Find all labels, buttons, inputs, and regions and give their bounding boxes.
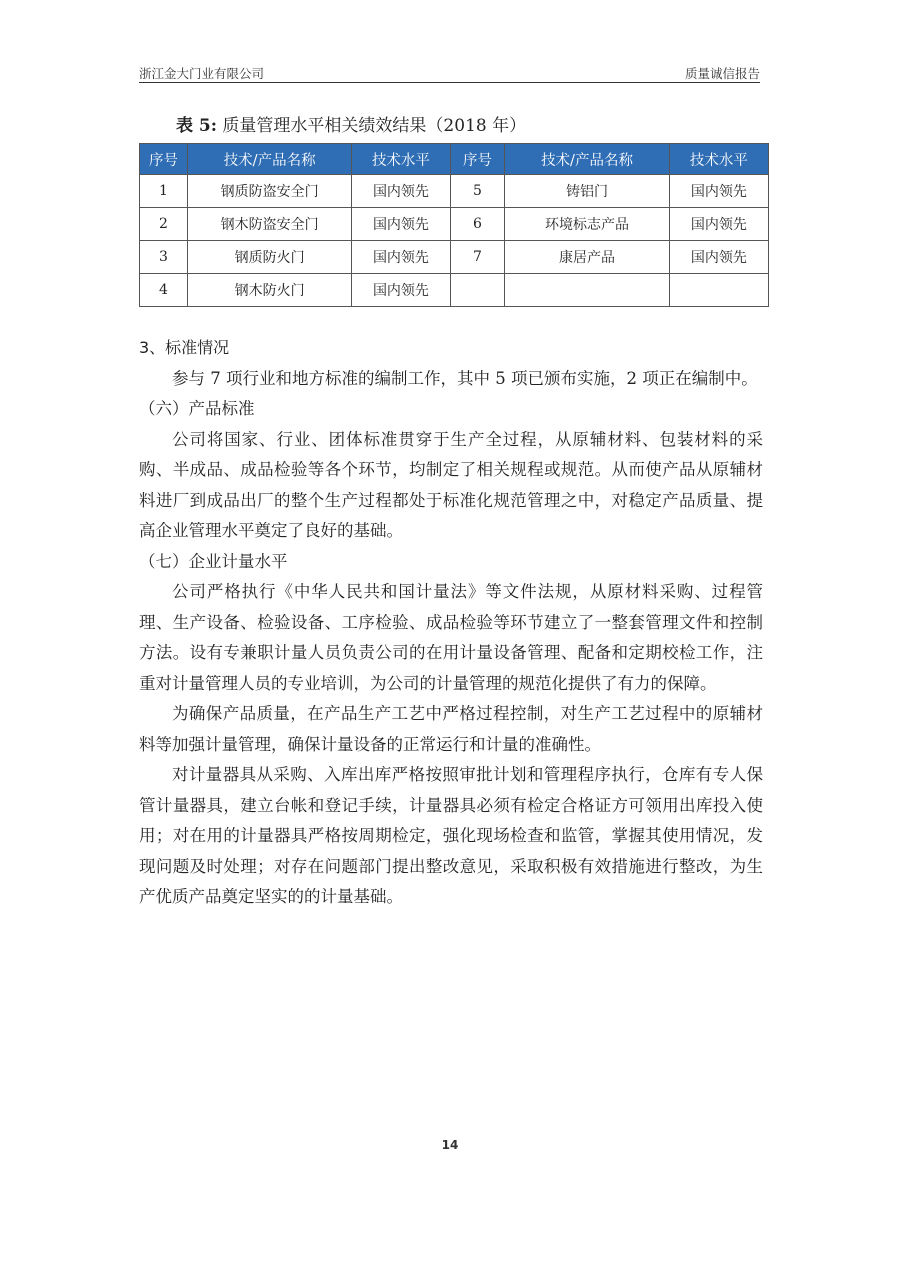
column-header: 序号 [140,144,188,175]
table-cell: 国内领先 [669,208,768,241]
table-caption-label: 表 5: [176,116,217,136]
column-header: 序号 [450,144,505,175]
table-cell: 国内领先 [352,241,450,274]
paragraph-measurement-2: 为确保产品质量，在产品生产工艺中严格过程控制，对生产工艺过程中的原辅材料等加强计… [139,699,763,760]
paragraph-standards: 参与 7 项行业和地方标准的编制工作，其中 5 项已颁布实施，2 项正在编制中。 [139,364,763,395]
table-row: 3 钢质防火门 国内领先 7 康居产品 国内领先 [140,241,769,274]
section-heading-measurement: （七）企业计量水平 [139,547,763,578]
table-row: 1 钢质防盗安全门 国内领先 5 铸铝门 国内领先 [140,175,769,208]
table-cell [669,274,768,307]
paragraph-measurement-3: 对计量器具从采购、入库出库严格按照审批计划和管理程序执行，仓库有专人保管计量器具… [139,760,763,913]
table-cell: 康居产品 [505,241,669,274]
table-cell: 钢质防火门 [187,241,351,274]
report-title: 质量诚信报告 [685,64,760,82]
section-heading-standards: 3、标准情况 [139,333,763,364]
table-cell: 1 [140,175,188,208]
table-cell: 5 [450,175,505,208]
table-caption-text: 质量管理水平相关绩效结果（2018 年） [217,116,526,136]
table-cell: 钢木防盗安全门 [187,208,351,241]
page-number: 14 [0,1138,900,1152]
table-cell: 6 [450,208,505,241]
table-cell: 钢木防火门 [187,274,351,307]
table-cell: 国内领先 [669,241,768,274]
table-cell: 7 [450,241,505,274]
column-header: 技术水平 [352,144,450,175]
column-header: 技术/产品名称 [187,144,351,175]
paragraph-product-standards: 公司将国家、行业、团体标准贯穿于生产全过程，从原辅材料、包装材料的采购、半成品、… [139,425,763,547]
table-cell: 国内领先 [669,175,768,208]
table-cell: 国内领先 [352,274,450,307]
table-cell: 国内领先 [352,175,450,208]
table-cell: 环境标志产品 [505,208,669,241]
table-row: 4 钢木防火门 国内领先 [140,274,769,307]
table-cell: 钢质防盗安全门 [187,175,351,208]
table-header-row: 序号 技术/产品名称 技术水平 序号 技术/产品名称 技术水平 [140,144,769,175]
table-caption: 表 5: 质量管理水平相关绩效结果（2018 年） [176,111,526,136]
table-cell: 2 [140,208,188,241]
page-header: 浙江金大门业有限公司 质量诚信报告 [139,62,760,83]
company-name: 浙江金大门业有限公司 [139,64,264,82]
table-row: 2 钢木防盗安全门 国内领先 6 环境标志产品 国内领先 [140,208,769,241]
column-header: 技术/产品名称 [505,144,669,175]
column-header: 技术水平 [669,144,768,175]
table-cell [450,274,505,307]
table-cell: 3 [140,241,188,274]
table-cell: 铸铝门 [505,175,669,208]
table-cell: 4 [140,274,188,307]
table-cell: 国内领先 [352,208,450,241]
section-heading-product-standards: （六）产品标准 [139,394,763,425]
performance-table: 序号 技术/产品名称 技术水平 序号 技术/产品名称 技术水平 1 钢质防盗安全… [139,143,769,307]
body-text: 3、标准情况 参与 7 项行业和地方标准的编制工作，其中 5 项已颁布实施，2 … [139,333,763,913]
paragraph-measurement-1: 公司严格执行《中华人民共和国计量法》等文件法规，从原材料采购、过程管理、生产设备… [139,577,763,699]
table-cell [505,274,669,307]
